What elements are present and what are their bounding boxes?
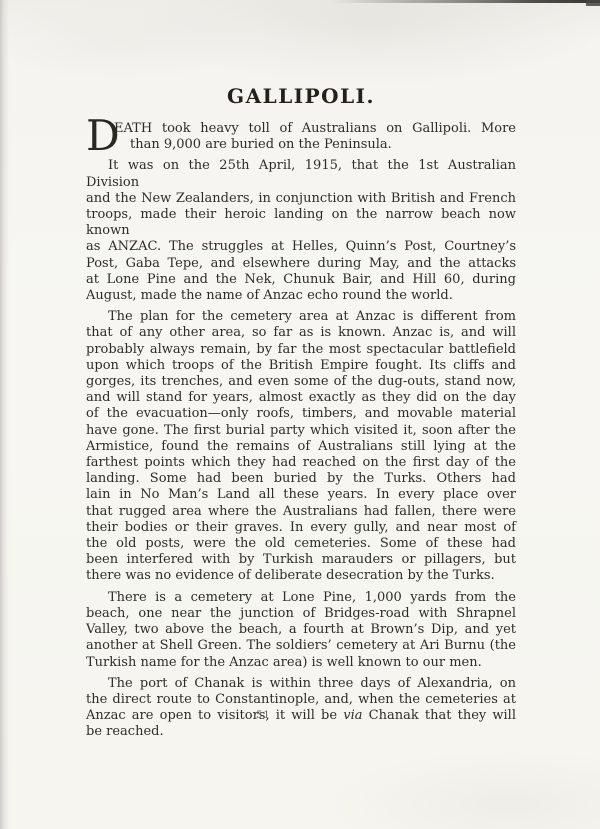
- text-line: at Lone Pine and the Nek, Chunuk Bair, a…: [86, 272, 516, 288]
- text-segment: than 9,000 are buried on the Peninsula.: [130, 137, 392, 152]
- text-line: troops, made their heroic landing on the…: [86, 207, 516, 239]
- text-segment: of the evacuation—only roofs, timbers, a…: [86, 406, 516, 421]
- text-segment: August, made the name of Anzac echo roun…: [86, 288, 453, 303]
- text-line: gorges, its trenches, and even some of t…: [86, 374, 516, 390]
- text-segment: and the New Zealanders, in conjunction w…: [86, 191, 516, 206]
- text-segment: EATH took heavy toll of Australians on G…: [114, 121, 516, 136]
- scan-top-edge-line: [332, 0, 600, 3]
- text-segment: there was no evidence of deliberate dese…: [86, 568, 495, 583]
- text-segment: at Lone Pine and the Nek, Chunuk Bair, a…: [86, 272, 516, 287]
- text-segment: Valley, two above the beach, a fourth at…: [86, 622, 516, 637]
- text-segment: Post, Gaba Tepe, and elsewhere during Ma…: [86, 256, 516, 271]
- text-line: of the evacuation—only roofs, timbers, a…: [86, 406, 516, 422]
- text-segment: be reached.: [86, 724, 164, 739]
- text-line: Valley, two above the beach, a fourth at…: [86, 622, 516, 638]
- drop-cap-letter: D: [86, 118, 120, 154]
- text-line: landing. Some had been buried by the Tur…: [86, 471, 516, 487]
- text-segment: There is a cemetery at Lone Pine, 1,000 …: [108, 590, 516, 605]
- text-line: Anzac are open to visitors, it will be v…: [86, 708, 516, 724]
- text-segment: It was on the 25th April, 1915, that the…: [86, 158, 516, 189]
- text-segment: upon which troops of the British Empire …: [86, 358, 516, 373]
- text-segment: another at Shell Green. The soldiers’ ce…: [86, 638, 516, 653]
- text-line: The port of Chanak is within three days …: [86, 676, 516, 692]
- text-line: and will stand for years, almost exactly…: [86, 390, 516, 406]
- paragraph: DEATH took heavy toll of Australians on …: [86, 121, 516, 153]
- text-line: than 9,000 are buried on the Peninsula.: [86, 137, 516, 153]
- text-line: another at Shell Green. The soldiers’ ce…: [86, 638, 516, 654]
- text-line: There is a cemetery at Lone Pine, 1,000 …: [86, 590, 516, 606]
- text-segment: been interfered with by Turkish marauder…: [86, 552, 516, 567]
- text-line: Turkish name for the Anzac area) is well…: [86, 655, 516, 671]
- text-segment: have gone. The first burial party which …: [86, 423, 516, 438]
- text-segment: lain in No Man’s Land all these years. I…: [86, 487, 516, 502]
- text-line: The plan for the cemetery area at Anzac …: [86, 309, 516, 325]
- paragraph: There is a cemetery at Lone Pine, 1,000 …: [86, 590, 516, 671]
- text-segment: and will stand for years, almost exactly…: [86, 390, 516, 405]
- text-segment: gorges, its trenches, and even some of t…: [86, 374, 516, 389]
- body-paragraphs: DEATH took heavy toll of Australians on …: [86, 121, 516, 741]
- text-line: lain in No Man’s Land all these years. I…: [86, 487, 516, 503]
- text-line: the old posts, were the old cemeteries. …: [86, 536, 516, 552]
- italic-word: via: [343, 708, 362, 723]
- text-segment: Chanak that they will: [362, 708, 516, 723]
- text-segment: The plan for the cemetery area at Anzac …: [108, 309, 516, 324]
- text-line: farthest points which they had reached o…: [86, 455, 516, 471]
- text-segment: Turkish name for the Anzac area) is well…: [86, 655, 482, 670]
- text-segment: as ANZAC. The struggles at Helles, Quinn…: [86, 239, 516, 254]
- paragraph: It was on the 25th April, 1915, that the…: [86, 158, 516, 304]
- text-line: and the New Zealanders, in conjunction w…: [86, 191, 516, 207]
- text-segment: their bodies or their graves. In every g…: [86, 520, 516, 535]
- paragraph: The port of Chanak is within three days …: [86, 676, 516, 741]
- paragraph: The plan for the cemetery area at Anzac …: [86, 309, 516, 584]
- text-line: Armistice, found the remains of Australi…: [86, 439, 516, 455]
- text-line: It was on the 25th April, 1915, that the…: [86, 158, 516, 190]
- text-line: probably always remain, by far the most …: [86, 342, 516, 358]
- text-segment: the direct route to Constantinople, and,…: [86, 692, 516, 707]
- text-line: upon which troops of the British Empire …: [86, 358, 516, 374]
- text-line: been interfered with by Turkish marauder…: [86, 552, 516, 568]
- text-line: have gone. The first burial party which …: [86, 423, 516, 439]
- scan-left-edge-shadow: [0, 0, 9, 829]
- text-segment: farthest points which they had reached o…: [86, 455, 516, 470]
- text-line: as ANZAC. The struggles at Helles, Quinn…: [86, 239, 516, 255]
- text-segment: troops, made their heroic landing on the…: [86, 207, 516, 238]
- page-number: 51: [256, 710, 271, 721]
- text-segment: probably always remain, by far the most …: [86, 342, 516, 357]
- text-segment: Anzac are open to visitors, it will be: [86, 708, 343, 723]
- text-segment: the old posts, were the old cemeteries. …: [86, 536, 516, 551]
- text-line: be reached.: [86, 724, 516, 740]
- text-line: their bodies or their graves. In every g…: [86, 520, 516, 536]
- text-line: that rugged area where the Australians h…: [86, 504, 516, 520]
- text-line: August, made the name of Anzac echo roun…: [86, 288, 516, 304]
- text-segment: Armistice, found the remains of Australi…: [86, 439, 516, 454]
- text-line: beach, one near the junction of Bridges-…: [86, 606, 516, 622]
- scanned-book-page: { "page": { "title": "GALLIPOLI.", "page…: [0, 0, 600, 829]
- text-line: EATH took heavy toll of Australians on G…: [86, 121, 516, 137]
- text-line: that of any other area, so far as is kno…: [86, 325, 516, 341]
- text-line: Post, Gaba Tepe, and elsewhere during Ma…: [86, 256, 516, 272]
- text-segment: beach, one near the junction of Bridges-…: [86, 606, 516, 621]
- text-line: the direct route to Constantinople, and,…: [86, 692, 516, 708]
- text-block: GALLIPOLI. DEATH took heavy toll of Aust…: [86, 84, 516, 746]
- text-segment: that of any other area, so far as is kno…: [86, 325, 516, 340]
- text-segment: landing. Some had been buried by the Tur…: [86, 471, 516, 486]
- page-title: GALLIPOLI.: [86, 84, 516, 108]
- text-segment: that rugged area where the Australians h…: [86, 504, 516, 519]
- text-segment: The port of Chanak is within three days …: [108, 676, 516, 691]
- scan-top-right-corner-mark: [586, 0, 600, 6]
- text-line: there was no evidence of deliberate dese…: [86, 568, 516, 584]
